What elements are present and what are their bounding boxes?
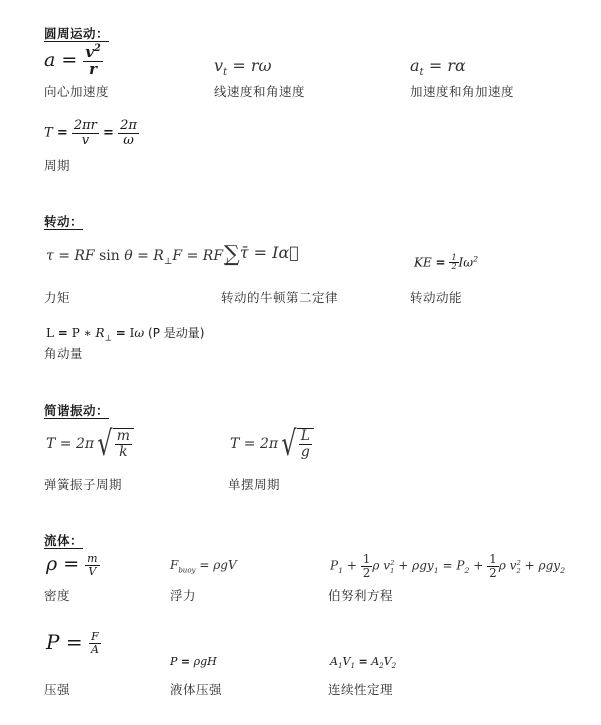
- formula-continuity: A1V1 = A2V2: [330, 655, 396, 670]
- label-period: 周期: [44, 156, 70, 174]
- formula-torque: τ = RF sin θ = R⊥F = RF⊥: [46, 248, 232, 267]
- formula-linear-angular-velocity: vt = rω: [214, 56, 272, 78]
- heading-rotation: 转动：: [44, 212, 83, 230]
- heading-circular-motion: 圆周运动：: [44, 24, 109, 42]
- label-liquid-pressure: 液体压强: [170, 680, 222, 698]
- label-buoyancy: 浮力: [170, 586, 196, 604]
- label-continuity: 连续性定理: [328, 680, 393, 698]
- heading-simple-harmonic-motion: 简谐振动：: [44, 401, 109, 419]
- formula-bernoulli: P1 + 12ρ v12 + ρgy1 = P2 + 12ρ v22 + ρgy…: [330, 553, 565, 579]
- formula-pendulum-period: T = 2π√Lg: [230, 424, 314, 464]
- formula-buoyancy: Fbuoy = ρgV: [170, 558, 237, 574]
- label-rotational-newton-second-law: 转动的牛顿第二定律: [221, 288, 338, 306]
- formula-rotational-newton-second-law: ∑τ̄ = Iα⃗: [224, 242, 299, 267]
- formula-pressure: P = FA: [46, 630, 101, 656]
- label-centripetal-acceleration: 向心加速度: [44, 82, 109, 100]
- angular-momentum-note: (P 是动量): [148, 326, 204, 340]
- formula-period: T = 2πrv = 2πω: [44, 119, 139, 147]
- label-angular-momentum: 角动量: [44, 344, 83, 362]
- formula-angular-momentum: L = P ∗ R⊥ = Iω (P 是动量): [46, 324, 204, 342]
- formula-centripetal-acceleration: a = v2r: [44, 44, 103, 78]
- label-torque: 力矩: [44, 288, 70, 306]
- label-rotational-kinetic-energy: 转动动能: [410, 288, 462, 306]
- label-tangential-acceleration: 加速度和角加速度: [410, 82, 514, 100]
- label-pressure: 压强: [44, 680, 70, 698]
- label-pendulum-period: 单摆周期: [228, 475, 280, 493]
- label-spring-period: 弹簧振子周期: [44, 475, 122, 493]
- label-bernoulli: 伯努利方程: [328, 586, 393, 604]
- formula-rotational-kinetic-energy: KE = 12Iω2: [414, 254, 478, 272]
- formula-liquid-pressure: P = ρgH: [170, 655, 217, 668]
- label-density: 密度: [44, 586, 70, 604]
- formula-spring-period: T = 2π√mk: [46, 424, 134, 464]
- label-linear-angular-velocity: 线速度和角速度: [214, 82, 305, 100]
- formula-tangential-acceleration: at = rα: [410, 56, 466, 78]
- formula-density: ρ = mV: [46, 553, 100, 577]
- heading-fluid: 流体：: [44, 531, 83, 549]
